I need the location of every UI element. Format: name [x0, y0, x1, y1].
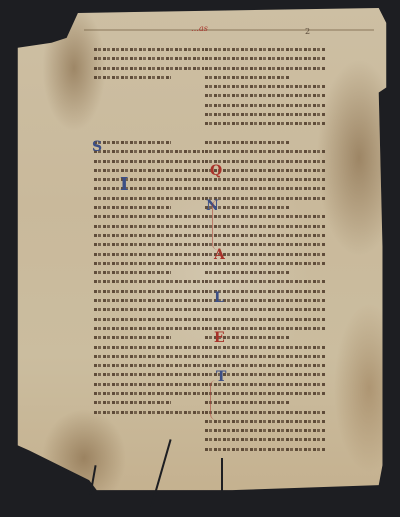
text-line: [94, 323, 204, 332]
text-line: [205, 434, 325, 443]
text-line: [94, 397, 171, 406]
text-line: [94, 230, 204, 239]
text-line: [205, 444, 325, 453]
pen-flourish: [212, 200, 225, 250]
line-gap: [94, 128, 204, 137]
text-line: [94, 369, 204, 378]
text-line: [94, 314, 204, 323]
line-gap: [94, 100, 204, 109]
text-line: [205, 183, 325, 192]
text-line: [94, 332, 171, 341]
text-line: [205, 146, 325, 155]
text-line: [205, 63, 325, 72]
text-line: [94, 360, 204, 369]
initial-s: S: [92, 140, 102, 154]
text-line: [94, 211, 204, 220]
text-line: [94, 183, 204, 192]
text-line: [94, 63, 204, 72]
initial-a: A: [214, 248, 225, 262]
line-gap: [94, 81, 204, 90]
text-line: [205, 109, 325, 118]
folio-mark: 2: [305, 27, 310, 36]
initial-e: E: [214, 331, 225, 345]
text-line: [94, 137, 171, 146]
text-line: [94, 258, 204, 267]
text-line: [94, 295, 204, 304]
text-line: [94, 379, 204, 388]
text-line: [205, 351, 325, 360]
text-line: [94, 249, 204, 258]
text-column-left: [94, 44, 204, 416]
text-line: [205, 100, 325, 109]
text-line: [205, 90, 325, 99]
text-line: [205, 416, 325, 425]
text-line: [94, 276, 204, 285]
text-line: [94, 174, 204, 183]
text-line: [205, 276, 325, 285]
text-line: [205, 81, 325, 90]
line-gap: [94, 118, 204, 127]
line-gap: [94, 90, 204, 99]
text-line: [94, 351, 204, 360]
text-line: [94, 165, 204, 174]
text-line: [205, 174, 325, 183]
text-line: [94, 44, 204, 53]
text-line: [94, 286, 204, 295]
text-line: [205, 118, 325, 127]
text-line: [94, 72, 171, 81]
text-line: [94, 388, 204, 397]
text-line: [94, 239, 204, 248]
text-line: [205, 314, 325, 323]
text-line: [94, 53, 204, 62]
text-line: [205, 388, 325, 397]
text-line: [94, 202, 171, 211]
text-line: [94, 267, 171, 276]
text-line: [94, 193, 204, 202]
initial-i: I: [120, 176, 128, 194]
text-line: [205, 156, 325, 165]
text-line: [94, 221, 204, 230]
initial-l: L: [214, 291, 224, 305]
fold-line: [84, 29, 374, 31]
text-line: [205, 165, 325, 174]
text-line: [94, 146, 204, 155]
line-gap: [94, 109, 204, 118]
text-line: [205, 72, 289, 81]
text-line: [94, 304, 204, 313]
text-line: [205, 137, 289, 146]
text-line: [94, 407, 204, 416]
text-line: [94, 156, 204, 165]
text-line: [205, 407, 325, 416]
initial-q: Q: [210, 164, 222, 178]
text-line: [94, 342, 204, 351]
line-gap: [205, 128, 325, 137]
text-line: [205, 425, 325, 434]
text-line: [205, 360, 325, 369]
pen-flourish: [210, 380, 223, 420]
tear: [221, 458, 223, 508]
text-line: [205, 44, 325, 53]
running-head: …as: [191, 24, 208, 33]
text-line: [205, 53, 325, 62]
text-line: [205, 267, 289, 276]
